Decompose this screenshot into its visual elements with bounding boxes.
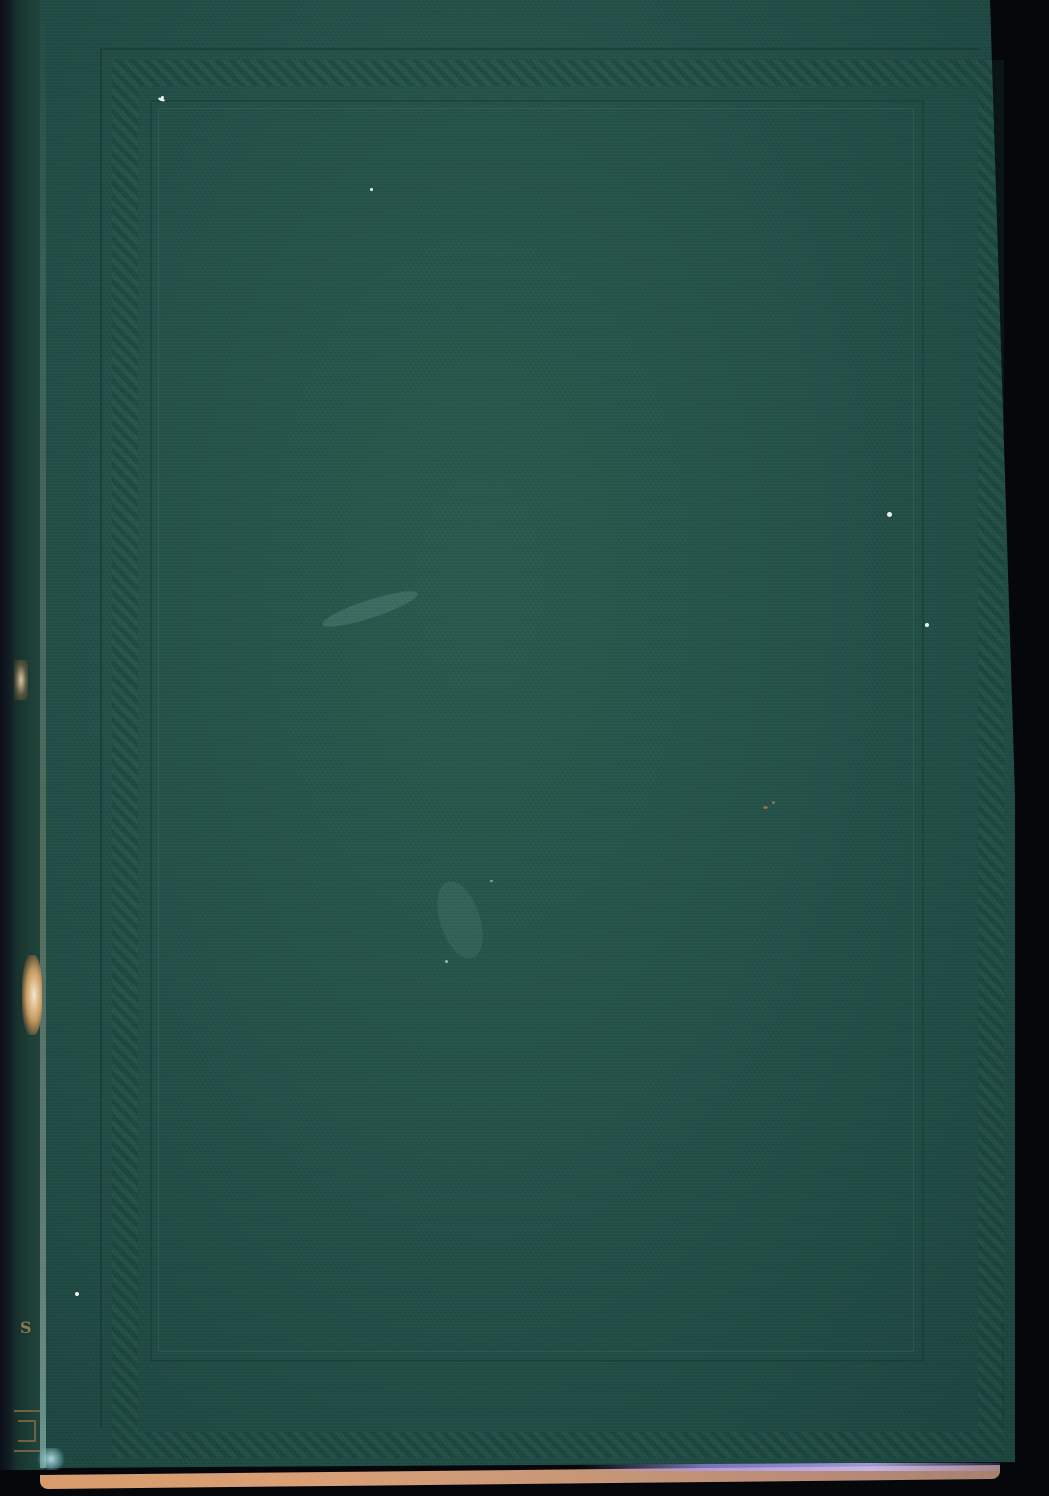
book-spine: S (0, 0, 44, 1470)
embossed-braid-border (112, 60, 1004, 1458)
spine-wear-spot (14, 660, 28, 700)
cloth-speck (370, 188, 373, 191)
cover-edge-wear (40, 0, 46, 1468)
cloth-speck (490, 880, 493, 882)
cloth-speck (887, 512, 892, 517)
cloth-speck (925, 623, 929, 627)
spine-lettering: S (20, 1318, 32, 1337)
spine-wear-spot (22, 955, 42, 1035)
corner-wear (36, 1448, 66, 1470)
cloth-speck (161, 96, 164, 99)
spine-gilt-ornament (14, 1410, 40, 1452)
stain-spot (772, 801, 775, 804)
book-photo: S (0, 0, 1049, 1496)
stain-spot (763, 806, 768, 809)
cloth-speck (445, 960, 448, 963)
cloth-speck (75, 1292, 79, 1296)
